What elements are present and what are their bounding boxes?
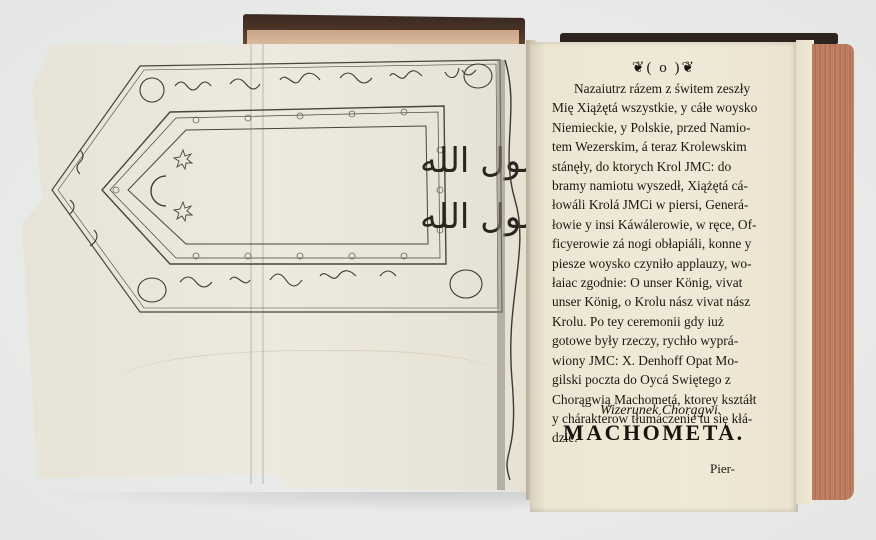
catchword: Pier- [710, 461, 735, 477]
text-line: unser König, o Krolu nász vivat nász [552, 292, 776, 311]
text-line: Niemieckie, y Polskie, przed Namio- [552, 118, 776, 137]
text-line: łowáli Krolá JMCi w piersi, Generá- [552, 195, 776, 214]
text-line: stánęły, do ktorych Krol JMC: do [552, 157, 776, 176]
rosettes [113, 109, 443, 259]
border-inscriptions [70, 64, 492, 302]
text-line: łowie y insi Káwálerowie, w ręce, Of- [552, 215, 776, 234]
text-line: wiony JMC: X. Denhoff Opat Mo- [552, 351, 776, 370]
text-line: Mię Xiążętá wszystkie, y cáłe woysko [552, 98, 776, 117]
flag-inner-frame [102, 106, 446, 264]
text-line: Nazaiutrz rázem z świtem zeszły [552, 79, 776, 98]
text-line: piesze woysko czyniło applauzy, wo- [552, 254, 776, 273]
text-line: Krolu. Po tey ceremonii gdy iuż [552, 312, 776, 331]
body-paragraph: Nazaiutrz rázem z świtem zeszły Mię Xiąż… [552, 79, 776, 448]
star-icon [174, 202, 192, 221]
crescent-icon [151, 176, 166, 206]
text-line: gotowe były rzeczy, rychło wyprá- [552, 331, 776, 350]
right-page-text: ❦( o )❦ Nazaiutrz rázem z świtem zeszły … [552, 58, 776, 448]
header-ornament: ❦( o )❦ [552, 58, 776, 77]
plate-caption-title: MACHOMETA. [563, 420, 745, 446]
star-icon [174, 150, 192, 169]
text-line: łaiac zgodnie: O unser König, vivat [552, 273, 776, 292]
flag-staff [497, 60, 520, 490]
text-line: ficyerowie zá nogi obłapiáli, konne y [552, 234, 776, 253]
red-sprinkled-edge [812, 44, 854, 500]
plate-caption-small: Wizerunek Chorągwi. [600, 403, 721, 419]
text-line: gilski poczta do Oycá Swiętego z [552, 370, 776, 389]
text-line: tem Wezerskim, á teraz Krolewskim [552, 137, 776, 156]
text-line: bramy namiotu wyszedł, Xiążętá cá- [552, 176, 776, 195]
